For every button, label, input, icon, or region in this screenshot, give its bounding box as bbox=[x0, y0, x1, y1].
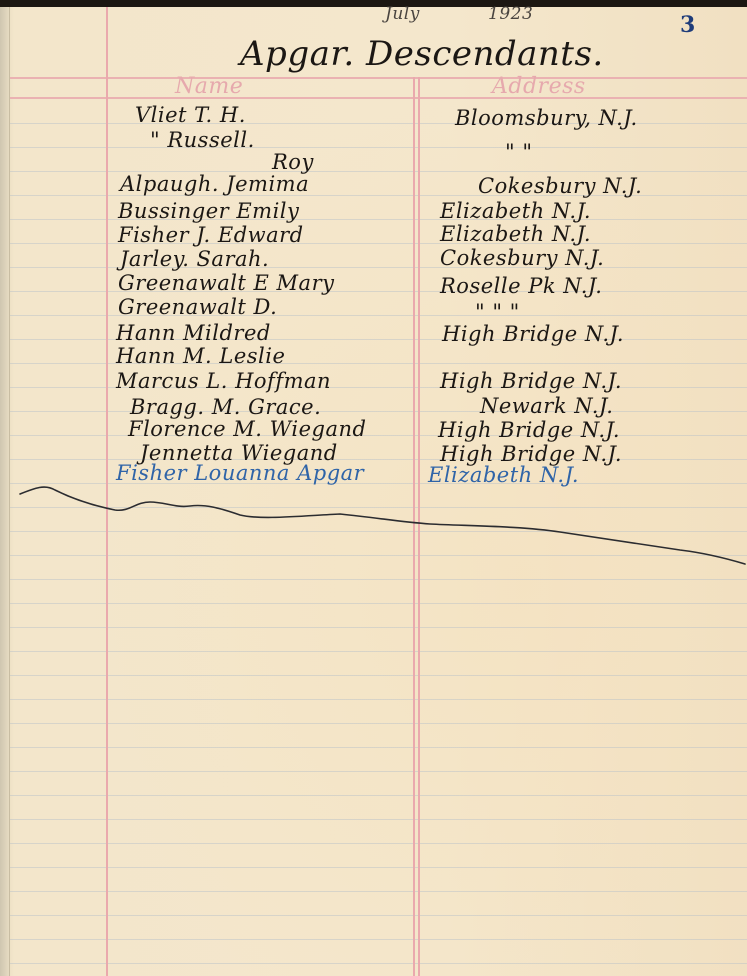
end-of-list-wavy-line bbox=[0, 480, 747, 570]
entry-address: Elizabeth N.J. bbox=[440, 222, 591, 246]
entry-name: Fisher J. Edward bbox=[118, 223, 304, 247]
entry-address: Cokesbury N.J. bbox=[478, 174, 642, 198]
column-header-address: Address bbox=[492, 74, 586, 99]
entry-name: Hann Mildred bbox=[116, 321, 271, 345]
header-rule-top bbox=[10, 77, 747, 79]
entry-name: Jarley. Sarah. bbox=[120, 247, 269, 271]
entry-name: Greenawalt D. bbox=[118, 295, 277, 319]
entry-address: Bloomsbury, N.J. bbox=[455, 106, 638, 130]
entry-name: Bragg. M. Grace. bbox=[130, 395, 321, 419]
page-title: Apgar. Descendants. bbox=[240, 34, 604, 74]
column-header-name: Name bbox=[175, 74, 243, 99]
entry-address: Cokesbury N.J. bbox=[440, 246, 604, 270]
page-top-edge bbox=[0, 0, 747, 7]
entry-name: Florence M. Wiegand bbox=[128, 417, 366, 441]
entry-name: Vliet T. H. bbox=[135, 103, 246, 127]
entry-address: High Bridge N.J. bbox=[438, 418, 620, 442]
entry-name: Marcus L. Hoffman bbox=[116, 369, 331, 393]
entry-address: High Bridge N.J. bbox=[440, 369, 622, 393]
entry-address: Roselle Pk N.J. bbox=[440, 274, 602, 298]
entry-address: " " " bbox=[475, 300, 520, 324]
entry-name: Hann M. Leslie bbox=[116, 344, 285, 368]
entry-address: Newark N.J. bbox=[480, 394, 613, 418]
entry-address: " " bbox=[505, 140, 533, 164]
entry-name: Alpaugh. Jemima bbox=[120, 172, 309, 196]
entry-name: Roy bbox=[272, 150, 314, 174]
page-number: 3 bbox=[680, 12, 695, 38]
date-year: 1923 bbox=[488, 4, 533, 24]
entry-address: Elizabeth N.J. bbox=[440, 199, 591, 223]
entry-address: High Bridge N.J. bbox=[442, 322, 624, 346]
entry-name: Bussinger Emily bbox=[118, 199, 299, 223]
entry-name: Greenawalt E Mary bbox=[118, 271, 334, 295]
entry-name: " Russell. bbox=[150, 128, 255, 152]
header-rule-bottom bbox=[10, 97, 747, 99]
date-month: July bbox=[385, 4, 420, 24]
ledger-page: 3 July 1923 Apgar. Descendants. Name Add… bbox=[0, 0, 747, 976]
